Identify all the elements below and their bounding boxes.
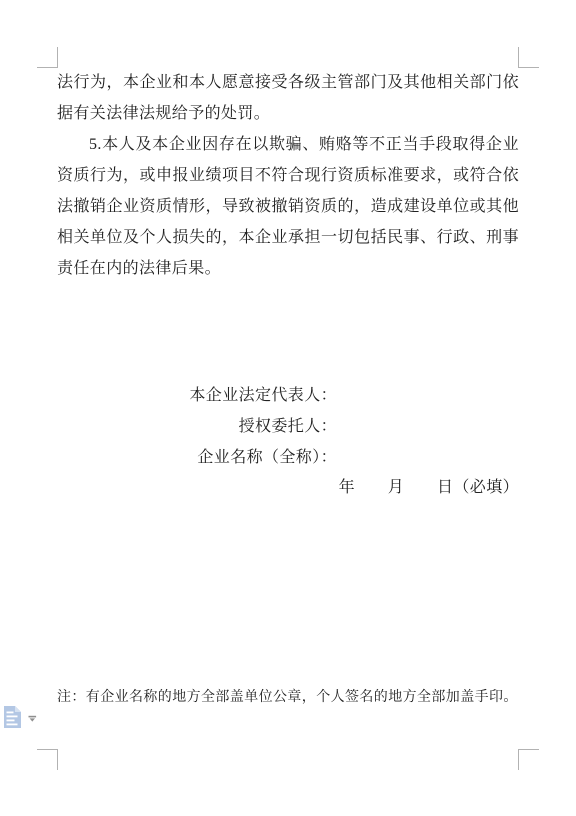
document-page: 法行为，本企业和本人愿意接受各级主管部门及其他相关部门依据有关法律法规给予的处罚… [0,0,576,816]
legal-representative-label: 本企业法定代表人： [57,380,337,411]
text-boundary-mark-top-left [37,47,58,68]
date-line: 年 月 日（必填） [57,472,519,503]
document-icon[interactable] [3,705,22,729]
signature-block: 本企业法定代表人： 授权委托人： 企业名称（全称）： [57,380,337,473]
body-text: 法行为，本企业和本人愿意接受各级主管部门及其他相关部门依据有关法律法规给予的处罚… [57,67,519,284]
authorized-agent-label: 授权委托人： [57,411,337,442]
floating-widget [3,705,37,729]
footnote: 注：有企业名称的地方全部盖单位公章，个人签名的地方全部加盖手印。 [57,688,521,708]
company-name-label: 企业名称（全称）： [57,442,337,473]
paragraph-penalty-clause: 法行为，本企业和本人愿意接受各级主管部门及其他相关部门依据有关法律法规给予的处罚… [57,67,519,129]
paragraph-clause-5: 5.本人及本企业因存在以欺骗、贿赂等不正当手段取得企业资质行为，或申报业绩项目不… [57,129,519,284]
collapse-arrow-icon[interactable] [28,710,37,718]
text-boundary-mark-top-right [518,47,539,68]
text-boundary-mark-bottom-left [37,749,58,770]
text-boundary-mark-bottom-right [518,749,539,770]
